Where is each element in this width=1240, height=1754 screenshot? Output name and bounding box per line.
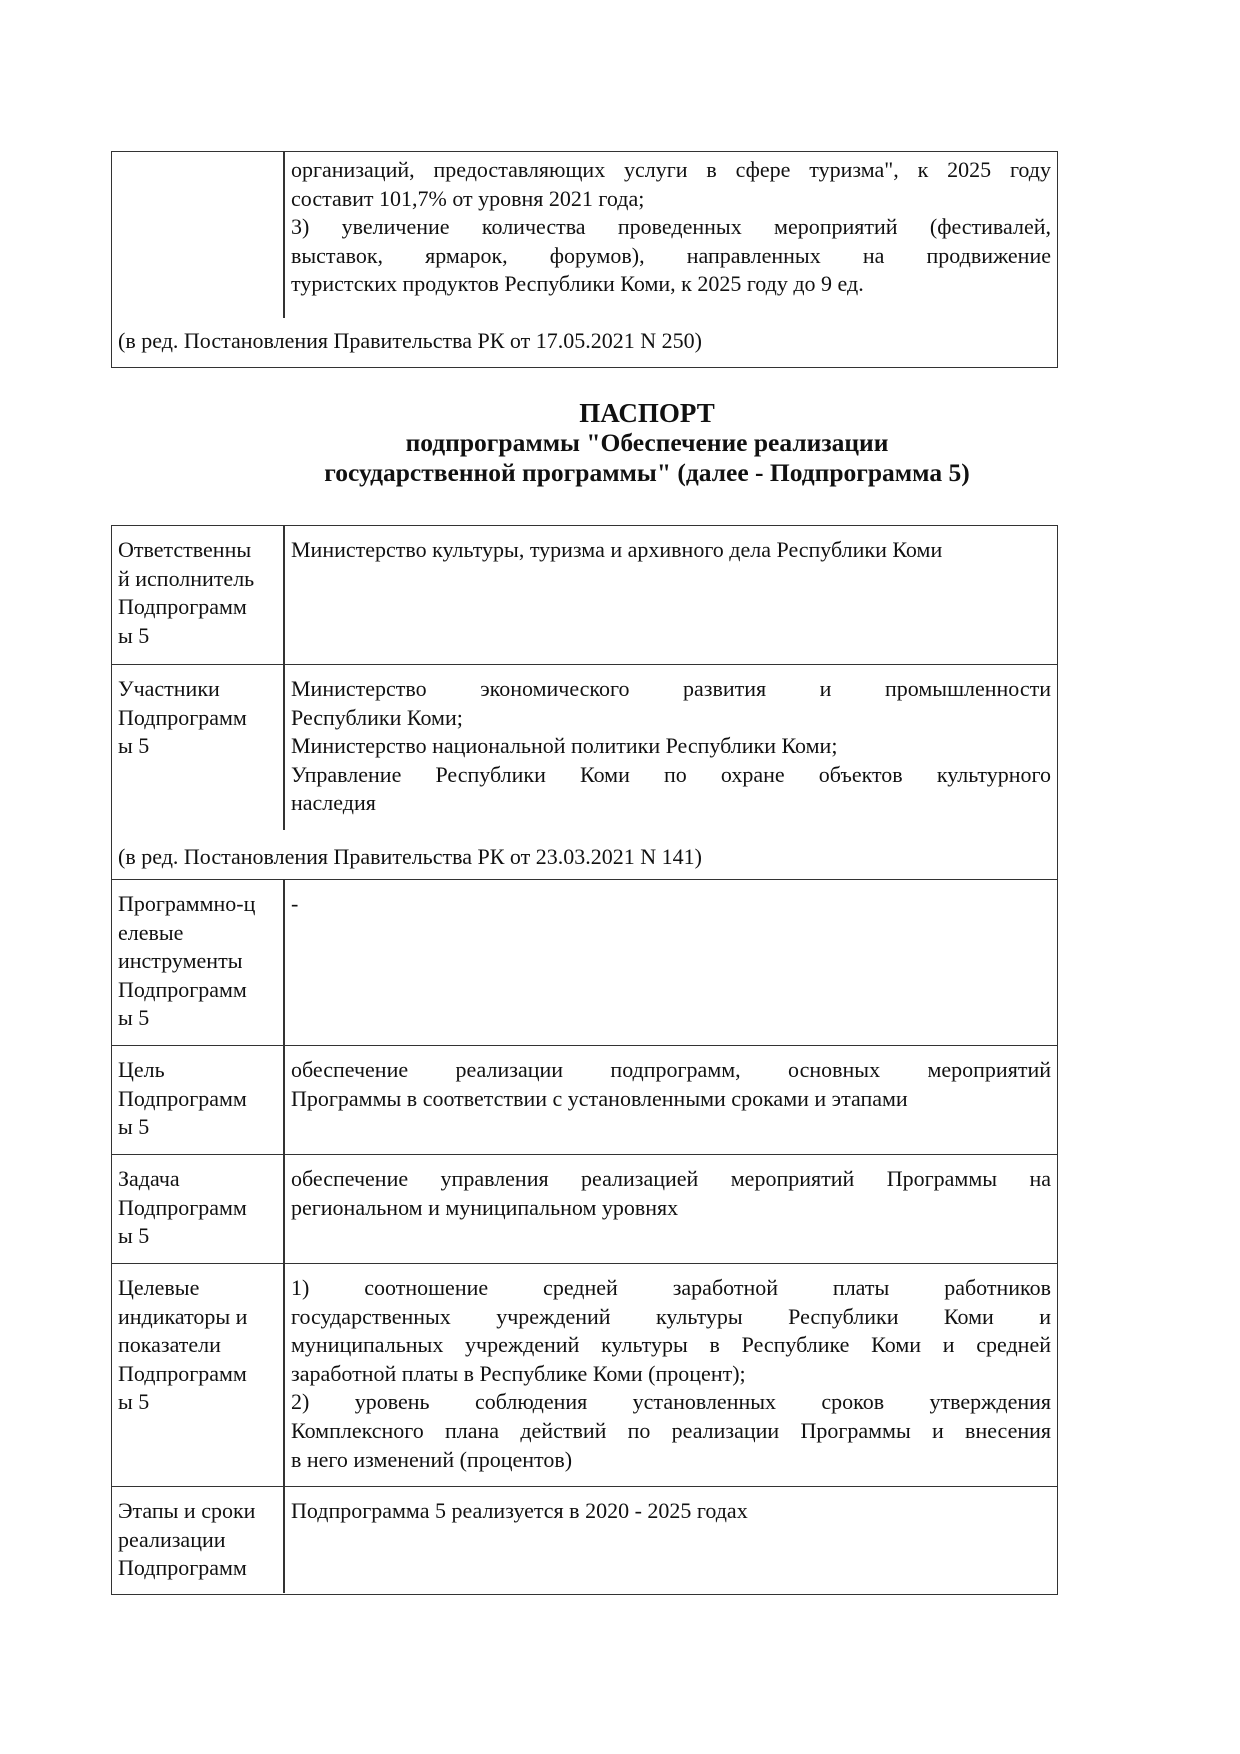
passport-table: Ответственны й исполнитель Подпрограмм ы…: [111, 525, 1058, 1595]
label-line: Подпрограмм: [118, 1360, 284, 1389]
text-line: Республики Коми;: [291, 704, 1051, 733]
text-line: Программы в соответствии с установленным…: [291, 1085, 1051, 1114]
table-row-program-instruments: Программно-ц елевые инструменты Подпрогр…: [112, 879, 1057, 1045]
title-line-2: подпрограммы "Обеспечение реализации: [247, 428, 1047, 458]
label-line: Подпрограмм: [118, 976, 284, 1005]
row-value: 1) соотношение средней заработной платы …: [285, 1264, 1057, 1474]
table-row: организаций, предоставляющих услуги в сф…: [112, 152, 1057, 366]
label-line: Подпрограмм: [118, 1085, 284, 1114]
label-line: индикаторы и: [118, 1303, 284, 1332]
text-line: наследия: [291, 789, 1051, 818]
row-label: Участники Подпрограмм ы 5: [112, 665, 284, 761]
text-line: составит 101,7% от уровня 2021 года;: [291, 185, 1051, 214]
title-line-3: государственной программы" (далее - Подп…: [247, 458, 1047, 488]
label-line: Подпрограмм: [118, 593, 284, 622]
label-line: Целевые: [118, 1274, 284, 1303]
label-line: Подпрограмм: [118, 1554, 284, 1583]
row-label: Целевые индикаторы и показатели Подпрогр…: [112, 1264, 284, 1417]
label-line: ы 5: [118, 1388, 284, 1417]
row-value: организаций, предоставляющих услуги в сф…: [285, 152, 1057, 299]
row-value: Министерство экономического развития и п…: [285, 665, 1057, 818]
page-title: ПАСПОРТ подпрограммы "Обеспечение реализ…: [247, 398, 1047, 488]
table-row-participants: Участники Подпрограмм ы 5 Министерство э…: [112, 664, 1057, 879]
top-table-continuation: организаций, предоставляющих услуги в сф…: [111, 151, 1058, 368]
row-value: Министерство культуры, туризма и архивно…: [285, 526, 1057, 565]
title-line-passport: ПАСПОРТ: [247, 398, 1047, 428]
table-row-task: Задача Подпрограмм ы 5 обеспечение управ…: [112, 1154, 1057, 1263]
label-line: Ответственны: [118, 536, 284, 565]
label-line: Цель: [118, 1056, 284, 1085]
row-label: Программно-ц елевые инструменты Подпрогр…: [112, 880, 284, 1033]
text-line: заработной платы в Республике Коми (проц…: [291, 1360, 1051, 1389]
row-value: обеспечение управления реализацией мероп…: [285, 1155, 1057, 1222]
text-line: -: [291, 890, 1051, 919]
text-line: в него изменений (процентов): [291, 1446, 1051, 1475]
text-line: Подпрограмма 5 реализуется в 2020 - 2025…: [291, 1497, 1051, 1526]
amendment-note: (в ред. Постановления Правительства РК о…: [112, 327, 1057, 356]
label-line: Участники: [118, 675, 284, 704]
text-line: обеспечение управления реализацией мероп…: [291, 1165, 1051, 1194]
label-line: реализации: [118, 1526, 284, 1555]
text-line: 1) соотношение средней заработной платы …: [291, 1274, 1051, 1303]
label-line: Этапы и сроки: [118, 1497, 284, 1526]
text-line: муниципальных учреждений культуры в Респ…: [291, 1331, 1051, 1360]
text-line: 2) уровень соблюдения установленных срок…: [291, 1388, 1051, 1417]
text-line: обеспечение реализации подпрограмм, осно…: [291, 1056, 1051, 1085]
table-row-indicators: Целевые индикаторы и показатели Подпрогр…: [112, 1263, 1057, 1486]
table-row-responsible: Ответственны й исполнитель Подпрограмм ы…: [112, 526, 1057, 664]
text-line: Управление Республики Коми по охране объ…: [291, 761, 1051, 790]
row-label-empty: [112, 152, 284, 162]
label-line: елевые: [118, 919, 284, 948]
text-line: Министерство экономического развития и п…: [291, 675, 1051, 704]
amendment-note: (в ред. Постановления Правительства РК о…: [112, 843, 1057, 872]
row-value: обеспечение реализации подпрограмм, осно…: [285, 1046, 1057, 1113]
row-value: Подпрограмма 5 реализуется в 2020 - 2025…: [285, 1487, 1057, 1526]
label-line: Подпрограмм: [118, 1194, 284, 1223]
label-line: й исполнитель: [118, 565, 284, 594]
label-line: показатели: [118, 1331, 284, 1360]
table-row-stages-and-terms: Этапы и сроки реализации Подпрограмм Под…: [112, 1486, 1057, 1592]
text-line: государственных учреждений культуры Респ…: [291, 1303, 1051, 1332]
text-line: региональном и муниципальном уровнях: [291, 1194, 1051, 1223]
label-line: ы 5: [118, 1222, 284, 1251]
row-label: Этапы и сроки реализации Подпрограмм: [112, 1487, 284, 1583]
label-line: Подпрограмм: [118, 704, 284, 733]
table-row-goal: Цель Подпрограмм ы 5 обеспечение реализа…: [112, 1045, 1057, 1154]
label-line: Задача: [118, 1165, 284, 1194]
row-label: Ответственны й исполнитель Подпрограмм ы…: [112, 526, 284, 650]
label-line: ы 5: [118, 732, 284, 761]
row-value: -: [285, 880, 1057, 919]
text-line: организаций, предоставляющих услуги в сф…: [291, 156, 1051, 185]
text-line: Министерство национальной политики Респу…: [291, 732, 1051, 761]
label-line: ы 5: [118, 622, 284, 651]
label-line: ы 5: [118, 1113, 284, 1142]
text-line: выставок, ярмарок, форумов), направленны…: [291, 242, 1051, 271]
text-line: Комплексного плана действий по реализаци…: [291, 1417, 1051, 1446]
row-label: Цель Подпрограмм ы 5: [112, 1046, 284, 1142]
label-line: Программно-ц: [118, 890, 284, 919]
text-line: туристских продуктов Республики Коми, к …: [291, 270, 1051, 299]
text-line: 3) увеличение количества проведенных мер…: [291, 213, 1051, 242]
text-line: Министерство культуры, туризма и архивно…: [291, 536, 1051, 565]
label-line: ы 5: [118, 1004, 284, 1033]
label-line: инструменты: [118, 947, 284, 976]
row-label: Задача Подпрограмм ы 5: [112, 1155, 284, 1251]
